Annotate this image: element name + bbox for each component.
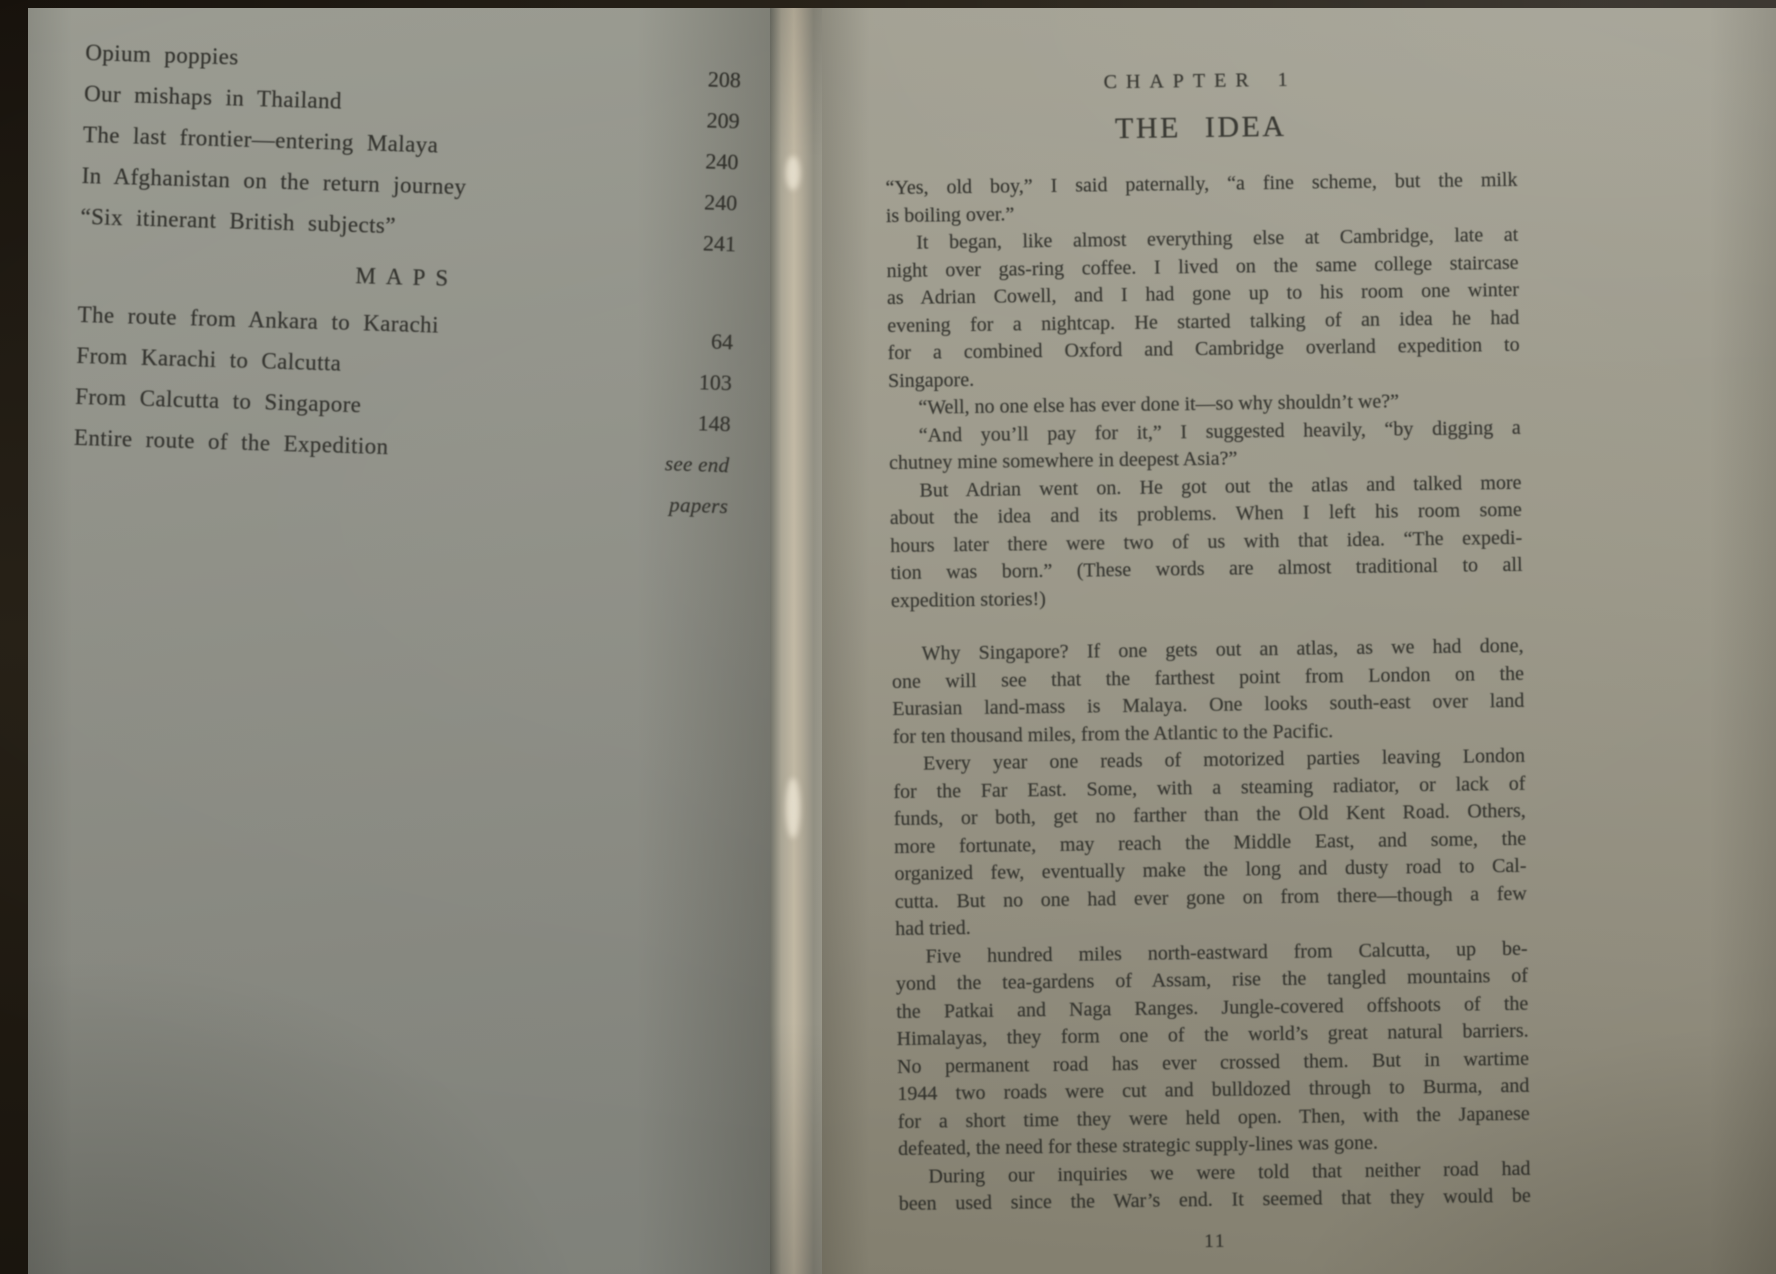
chapter-title: THE IDEA xyxy=(885,107,1517,149)
paper-crease xyxy=(786,156,800,190)
maps-heading: MAPS xyxy=(79,255,735,300)
paragraph: “Yes, old boy,” I said paternally, “a fi… xyxy=(885,167,1518,230)
paragraph: Why Singapore? If one gets out an atlas,… xyxy=(891,633,1524,751)
left-page: Opium poppies208Our mishaps in Thailand2… xyxy=(28,8,770,1274)
right-page-content: CHAPTER 1 THE IDEA “Yes, old boy,” I sai… xyxy=(884,66,1531,1257)
toc-entry-page: 209 xyxy=(665,98,740,141)
chapter-body: “Yes, old boy,” I said paternally, “a fi… xyxy=(885,167,1531,1219)
photo-edge-left xyxy=(0,0,28,1274)
open-book-photo: Opium poppies208Our mishaps in Thailand2… xyxy=(0,0,1776,1274)
toc-entry-page: 241 xyxy=(661,221,736,264)
paragraph: During our inquiries we were told that n… xyxy=(898,1155,1531,1218)
photo-edge-top xyxy=(0,0,1776,8)
toc-entry-page: 148 xyxy=(656,401,731,444)
chapter-label: CHAPTER 1 xyxy=(884,66,1516,97)
toc-entry-page: 64 xyxy=(659,319,734,362)
right-page: CHAPTER 1 THE IDEA “Yes, old boy,” I sai… xyxy=(822,8,1776,1274)
toc-entry-page: 240 xyxy=(663,180,738,223)
paragraph: “And you’ll pay for it,” I suggested hea… xyxy=(889,414,1522,477)
paragraph: Every year one reads of motorized partie… xyxy=(893,743,1527,944)
paragraph: Five hundred miles north-eastward from C… xyxy=(895,935,1530,1163)
toc-entry-page: see end papers xyxy=(654,443,730,527)
maps-list: The route from Ankara to Karachi64From K… xyxy=(72,294,734,519)
paragraph: But Adrian went on. He got out the atlas… xyxy=(889,469,1523,615)
toc-entry-page: 240 xyxy=(664,139,739,182)
toc-entry-page: 103 xyxy=(657,360,732,403)
book-spine-gutter xyxy=(770,8,822,1274)
illustrations-list: Opium poppies208Our mishaps in Thailand2… xyxy=(80,32,742,256)
toc-entry-page: 208 xyxy=(666,57,741,100)
left-page-content: Opium poppies208Our mishaps in Thailand2… xyxy=(72,32,742,519)
paper-crease xyxy=(786,778,800,838)
page-number: 11 xyxy=(899,1226,1531,1256)
paragraph: It began, like almost everything else at… xyxy=(886,222,1520,395)
